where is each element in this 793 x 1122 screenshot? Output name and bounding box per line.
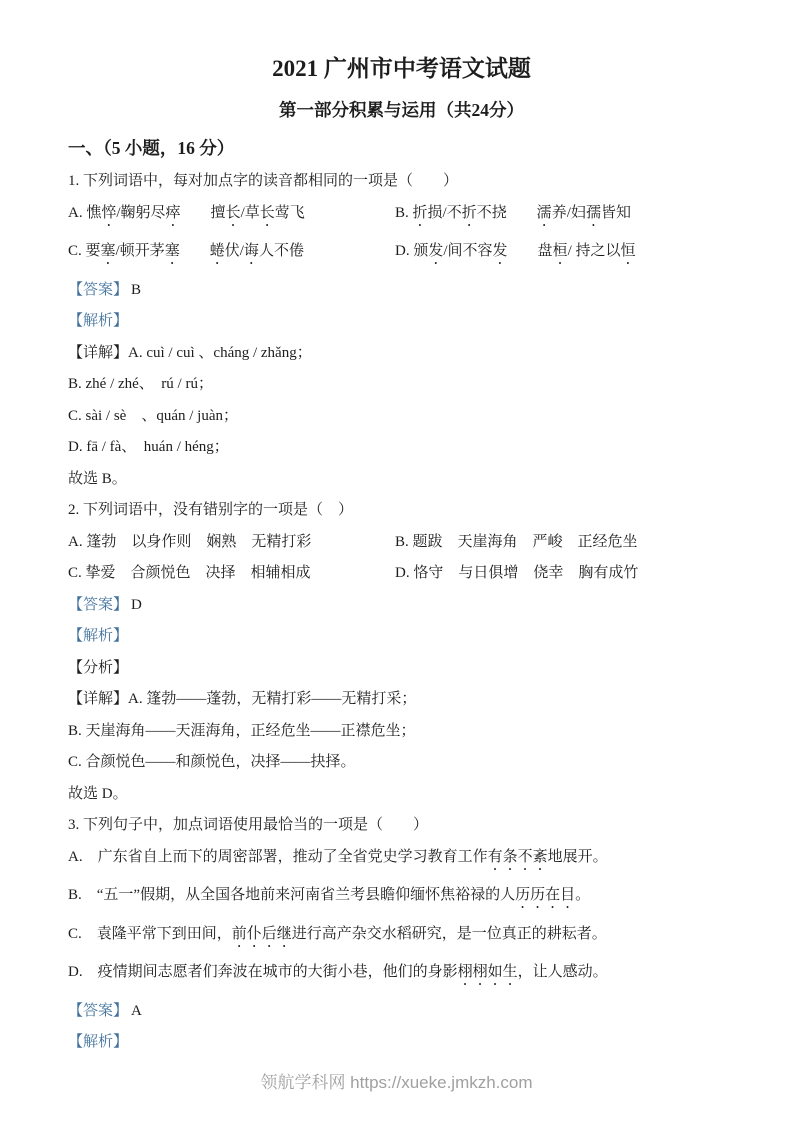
answer-label: 【答案】 (68, 597, 128, 613)
q1-detail-b: B. zhé / zhé、 rú / rú； (68, 375, 735, 394)
q1-option-a: A. 憔悴/鞠躬尽瘁 擅长/草长莺飞 (68, 204, 395, 230)
page-subtitle: 第一部分积累与运用（共24分） (68, 99, 735, 122)
fenxi-label: 【分析】 (68, 660, 128, 676)
section-heading: 一、（5 小题，16 分） (68, 137, 735, 160)
q1-analysis-label: 【解析】 (68, 312, 735, 331)
analysis-label: 【解析】 (68, 628, 128, 644)
q1-option-c: C. 要塞/顿开茅塞 蜷伏/诲人不倦 (68, 242, 395, 268)
q1-answer-value: B (128, 282, 141, 298)
q1-answer-line: 【答案】B (68, 281, 735, 300)
answer-label: 【答案】 (68, 1003, 128, 1019)
watermark-footer: 领航学科网 https://xueke.jmkzh.com (0, 1068, 793, 1093)
q1-option-b: B. 折损/不折不挠 濡养/妇孺皆知 (395, 204, 735, 230)
q2-option-c: C. 挚爱 合颜悦色 决择 相辅相成 (68, 564, 395, 583)
q2-fenxi-label: 【分析】 (68, 659, 735, 678)
q2-answer-value: D (128, 597, 142, 613)
q1-detail-d: D. fā / fà、 huán / héng； (68, 438, 735, 457)
q3-option-a: A. 广东省自上而下的周密部署，推动了全省党史学习教育工作有条不紊地展开。 (68, 848, 735, 874)
detail-label: 【详解】 (68, 345, 128, 361)
q1-detail-c: C. sài / sè 、quán / juàn； (68, 407, 735, 426)
q2-option-a: A. 篷勃 以身作则 娴熟 无精打彩 (68, 533, 395, 552)
q3-answer-line: 【答案】A (68, 1002, 735, 1021)
q2-detail-c: C. 合颜悦色——和颜悦色，决择——抉择。 (68, 753, 735, 772)
q1-detail-a: 【详解】A. cuì / cuì 、cháng / zhǎng； (68, 344, 735, 363)
q2-options-row-2: C. 挚爱 合颜悦色 决择 相辅相成D. 恪守 与日俱增 侥幸 胸有成竹 (68, 564, 735, 583)
q1-options-row-2: C. 要塞/顿开茅塞 蜷伏/诲人不倦D. 颁发/间不容发 盘桓/ 持之以恒 (68, 242, 735, 268)
q2-analysis-label: 【解析】 (68, 627, 735, 646)
analysis-label: 【解析】 (68, 1034, 128, 1050)
q3-option-c: C. 袁隆平常下到田间，前仆后继进行高产杂交水稻研究，是一位真正的耕耘者。 (68, 925, 735, 951)
q1-stem: 1. 下列词语中，每对加点字的读音都相同的一项是（ ） (68, 172, 735, 191)
exam-document-page: 2021 广州市中考语文试题 第一部分积累与运用（共24分） 一、（5 小题，1… (0, 0, 793, 1052)
q2-detail-b: B. 天崖海角——天涯海角，正经危坐——正襟危坐； (68, 722, 735, 741)
q3-analysis-label: 【解析】 (68, 1033, 735, 1052)
q3-option-d: D. 疫情期间志愿者们奔波在城市的大街小巷，他们的身影栩栩如生，让人感动。 (68, 963, 735, 989)
q1-option-d: D. 颁发/间不容发 盘桓/ 持之以恒 (395, 242, 735, 268)
page-title: 2021 广州市中考语文试题 (68, 54, 735, 84)
q2-conclusion: 故选 D。 (68, 785, 735, 804)
q2-option-b: B. 题跋 天崖海角 严峻 正经危坐 (395, 533, 735, 552)
q1-conclusion: 故选 B。 (68, 470, 735, 489)
q3-answer-value: A (128, 1003, 142, 1019)
q2-option-d: D. 恪守 与日俱增 侥幸 胸有成竹 (395, 564, 735, 583)
q1-options-row-1: A. 憔悴/鞠躬尽瘁 擅长/草长莺飞B. 折损/不折不挠 濡养/妇孺皆知 (68, 204, 735, 230)
q2-detail-a: 【详解】A. 篷勃——蓬勃，无精打彩——无精打采； (68, 690, 735, 709)
detail-label: 【详解】 (68, 691, 128, 707)
q2-stem: 2. 下列词语中，没有错别字的一项是（ ） (68, 501, 735, 520)
answer-label: 【答案】 (68, 282, 128, 298)
q2-answer-line: 【答案】D (68, 596, 735, 615)
analysis-label: 【解析】 (68, 313, 128, 329)
q3-option-b: B. “五一”假期，从全国各地前来河南省兰考县瞻仰缅怀焦裕禄的人历历在目。 (68, 886, 735, 912)
document-viewport: { "page": { "title": "2021 广州市中考语文试题", "… (0, 0, 793, 1122)
q2-options-row-1: A. 篷勃 以身作则 娴熟 无精打彩B. 题跋 天崖海角 严峻 正经危坐 (68, 533, 735, 552)
q3-stem: 3. 下列句子中，加点词语使用最恰当的一项是（ ） (68, 816, 735, 835)
